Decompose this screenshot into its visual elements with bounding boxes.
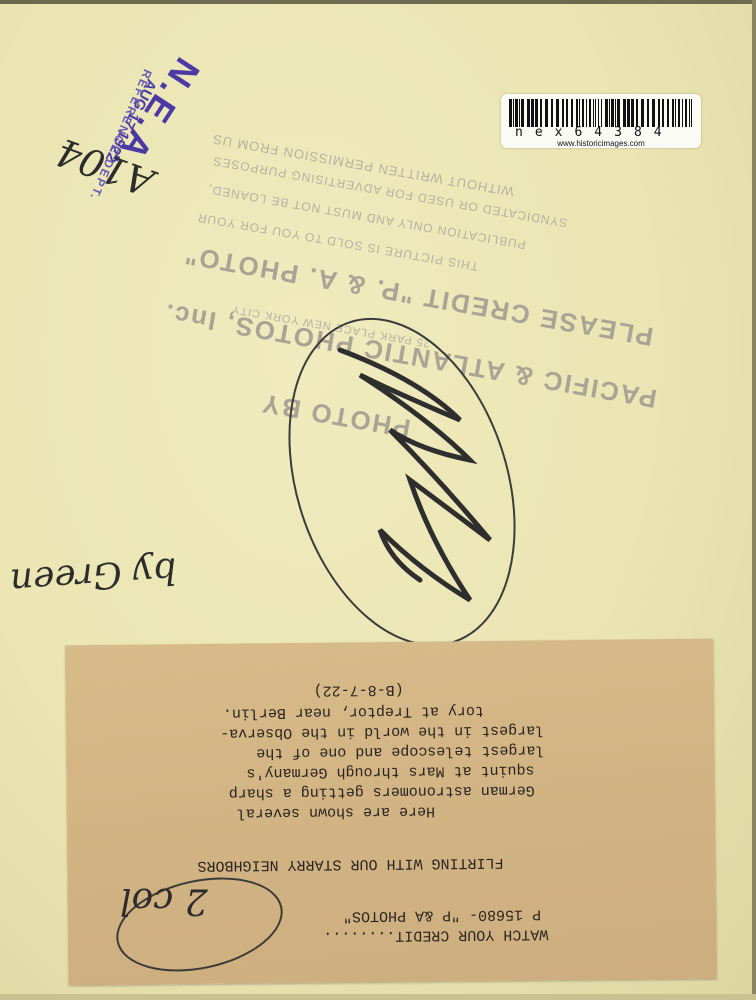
caption-line: P 15680- "P &A PHOTOS" [343,905,541,924]
caption-line: largest telescope and one of the [256,741,544,761]
caption-title: FLIRTING WITH OUR STARRY NEIGHBORS [197,854,503,874]
caption-line: WATCH YOUR CREDIT........ [323,925,548,944]
pencil-note-bottom: 2 col [120,880,208,921]
paper-edge-bottom [0,994,756,1000]
barcode-number: nex64384 [515,125,695,140]
caption-date-code: (B-8-7-22) [314,681,404,699]
barcode-sticker: nex64384 www.historicimages.com [501,94,701,148]
paper-edge-top [0,0,756,4]
caption-line: German astronomers getting a sharp [229,781,535,801]
caption-line: tory at Treptor, near Berlin. [223,702,484,722]
barcode-url: www.historicimages.com [501,139,701,148]
caption-line: squint at Mars through Germany's [246,761,534,781]
paper-edge-right [752,0,756,1000]
caption-line: largest in the world in the Observa- [220,721,544,741]
barcode-icon [509,99,693,127]
caption-line: Here are shown several [237,803,435,822]
pencil-signature-oval-icon [270,310,535,655]
